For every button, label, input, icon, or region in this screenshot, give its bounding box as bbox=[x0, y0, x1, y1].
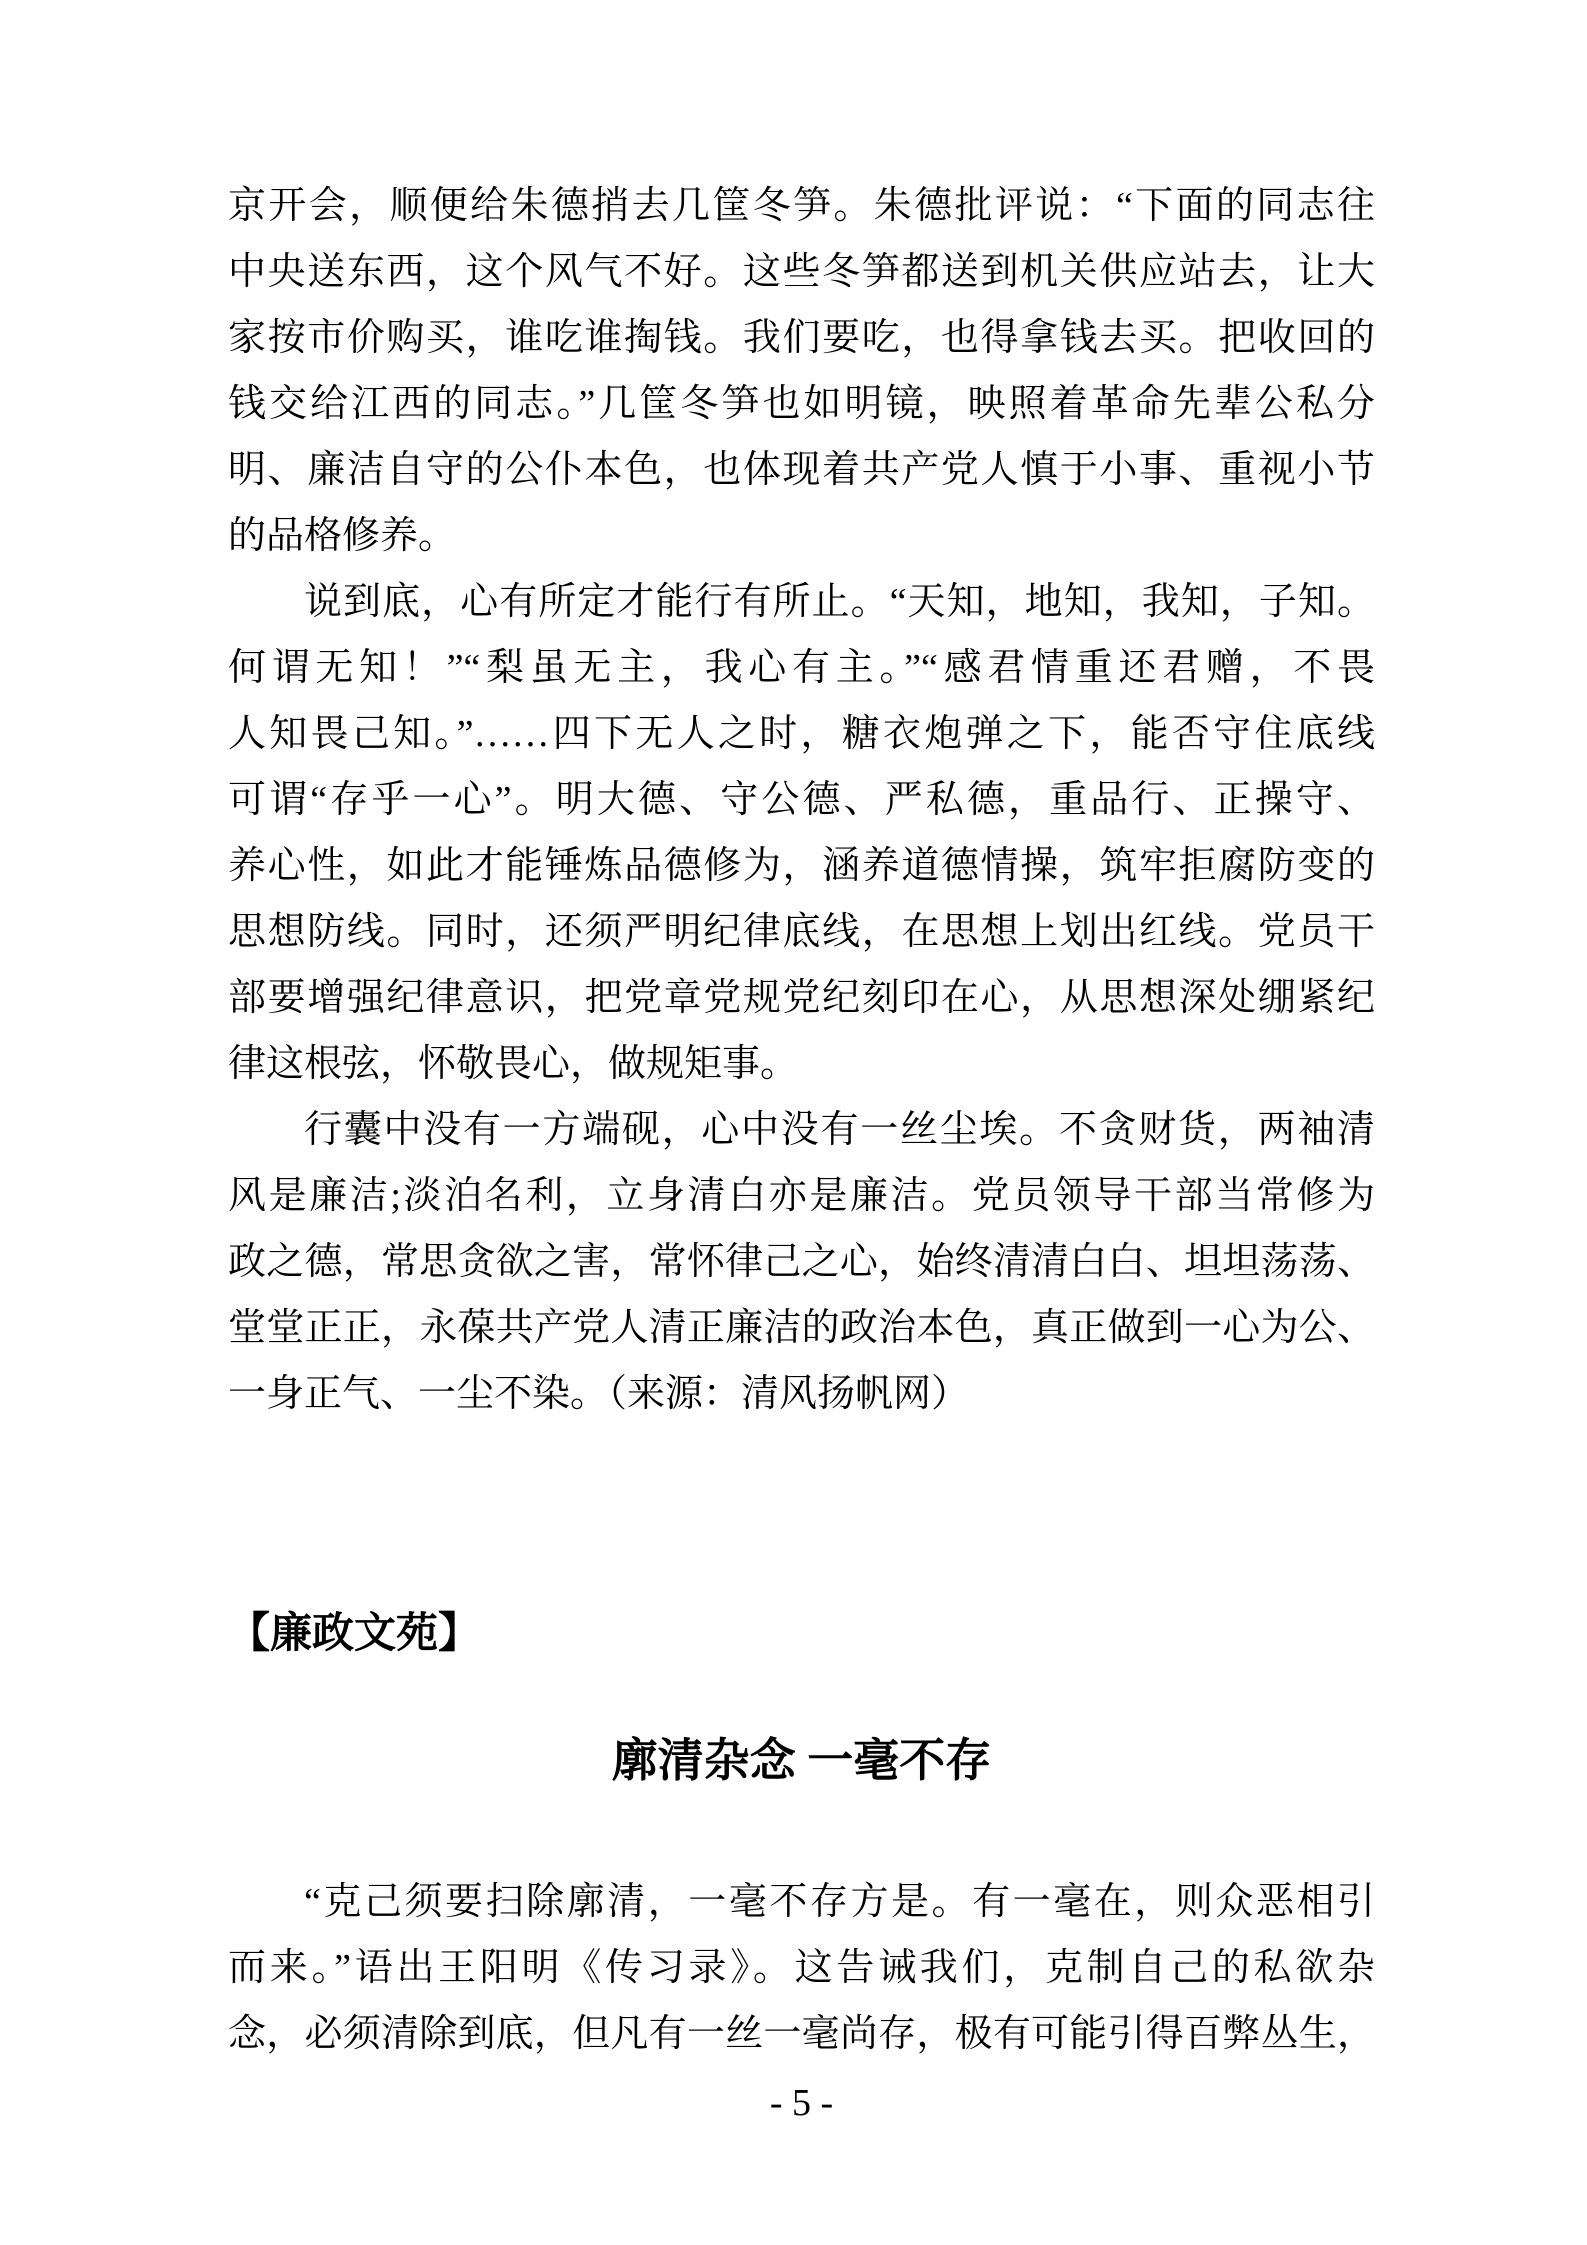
text-line: 京开会，顺便给朱德捎去几筐冬笋。朱德批评说：“下面的同志往 bbox=[228, 173, 1375, 239]
text-line: “克己须要扫除廓清，一毫不存方是。有一毫在，则众恶相引 bbox=[228, 1869, 1375, 1935]
text-line: 说到底，心有所定才能行有所止。“天知，地知，我知，子知。 bbox=[228, 569, 1375, 635]
text-line: 政之德，常思贪欲之害，常怀律己之心，始终清清白白、坦坦荡荡、 bbox=[228, 1229, 1375, 1295]
paragraph-continuation: 京开会，顺便给朱德捎去几筐冬笋。朱德批评说：“下面的同志往中央送东西，这个风气不… bbox=[228, 173, 1375, 569]
paragraph: 说到底，心有所定才能行有所止。“天知，地知，我知，子知。何谓无知！”“梨虽无主，… bbox=[228, 569, 1375, 1097]
text-line: 家按市价购买，谁吃谁掏钱。我们要吃，也得拿钱去买。把收回的 bbox=[228, 305, 1375, 371]
page-number: - 5 - bbox=[228, 2078, 1375, 2128]
text-line: 可谓“存乎一心”。明大德、守公德、严私德，重品行、正操守、 bbox=[228, 767, 1375, 833]
text-line: 人知畏己知。”……四下无人之时，糖衣炮弹之下，能否守住底线 bbox=[228, 701, 1375, 767]
body-text-block: 京开会，顺便给朱德捎去几筐冬笋。朱德批评说：“下面的同志往中央送东西，这个风气不… bbox=[228, 173, 1375, 1427]
paragraph: “克己须要扫除廓清，一毫不存方是。有一毫在，则众恶相引而来。”语出王阳明《传习录… bbox=[228, 1869, 1375, 2067]
text-line: 思想防线。同时，还须严明纪律底线，在思想上划出红线。党员干 bbox=[228, 899, 1375, 965]
text-line: 而来。”语出王阳明《传习录》。这告诫我们，克制自己的私欲杂 bbox=[228, 1935, 1375, 2001]
text-line: 的品格修养。 bbox=[228, 503, 1375, 569]
text-line: 中央送东西，这个风气不好。这些冬笋都送到机关供应站去，让大 bbox=[228, 239, 1375, 305]
document-page: 京开会，顺便给朱德捎去几筐冬笋。朱德批评说：“下面的同志往中央送东西，这个风气不… bbox=[0, 0, 1587, 2245]
section-heading: 【廉政文苑】 bbox=[228, 1606, 1375, 1662]
paragraph: 行囊中没有一方端砚，心中没有一丝尘埃。不贪财货，两袖清风是廉洁;淡泊名利，立身清… bbox=[228, 1097, 1375, 1427]
text-line: 律这根弦，怀敬畏心，做规矩事。 bbox=[228, 1031, 1375, 1097]
text-line: 何谓无知！”“梨虽无主，我心有主。”“感君情重还君赠，不畏 bbox=[228, 635, 1375, 701]
text-line: 行囊中没有一方端砚，心中没有一丝尘埃。不贪财货，两袖清 bbox=[228, 1097, 1375, 1163]
article-title: 廓清杂念 一毫不存 bbox=[228, 1726, 1375, 1796]
text-line: 念，必须清除到底，但凡有一丝一毫尚存，极有可能引得百弊丛生， bbox=[228, 2001, 1375, 2067]
text-line: 明、廉洁自守的公仆本色，也体现着共产党人慎于小事、重视小节 bbox=[228, 437, 1375, 503]
text-line: 风是廉洁;淡泊名利，立身清白亦是廉洁。党员领导干部当常修为 bbox=[228, 1163, 1375, 1229]
text-line: 钱交给江西的同志。”几筐冬笋也如明镜，映照着革命先辈公私分 bbox=[228, 371, 1375, 437]
text-line: 堂堂正正，永葆共产党人清正廉洁的政治本色，真正做到一心为公、 bbox=[228, 1295, 1375, 1361]
text-line: 养心性，如此才能锤炼品德修为，涵养道德情操，筑牢拒腐防变的 bbox=[228, 833, 1375, 899]
article-text-block: “克己须要扫除廓清，一毫不存方是。有一毫在，则众恶相引而来。”语出王阳明《传习录… bbox=[228, 1869, 1375, 2067]
text-line: 部要增强纪律意识，把党章党规党纪刻印在心，从思想深处绷紧纪 bbox=[228, 965, 1375, 1031]
text-line: 一身正气、一尘不染。（来源：清风扬帆网） bbox=[228, 1361, 1375, 1427]
